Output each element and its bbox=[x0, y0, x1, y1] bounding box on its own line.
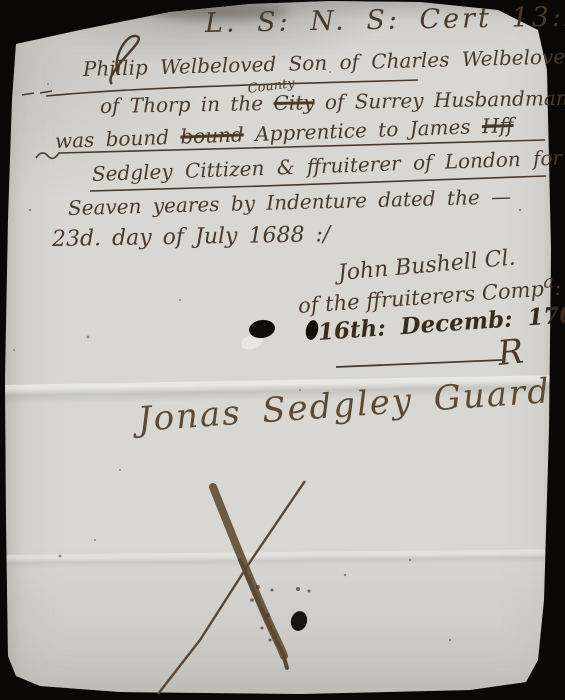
body-line-3-pre: was bound bbox=[55, 125, 170, 153]
paraph-flourish-text: R bbox=[496, 331, 526, 373]
body-line-2-post: of Surrey Husbandman bbox=[325, 86, 565, 114]
body-line-6: 23d. day of July 1688 :/ bbox=[52, 222, 331, 252]
docket-header: L. S: N. S: Cert 13:2 bbox=[205, 1, 565, 39]
fold-crease bbox=[0, 549, 565, 569]
body-line-2-pre: of Thorp in the bbox=[100, 91, 264, 118]
body-line-3-struck-word-2: Hff bbox=[482, 113, 514, 138]
body-line-2-struck-word: City bbox=[273, 90, 314, 115]
body-line-3-struck-word: bound bbox=[180, 122, 244, 148]
attestation-company-end: : bbox=[553, 276, 562, 300]
photo-frame: L. S: N. S: Cert 13:2 Phillip Welbeloved… bbox=[0, 0, 565, 700]
body-line-6-text: 23d. day of July 1688 :/ bbox=[52, 222, 331, 252]
paraph-flourish: R bbox=[496, 331, 526, 373]
docket-header-text: L. S: N. S: Cert 13:2 bbox=[205, 1, 565, 39]
